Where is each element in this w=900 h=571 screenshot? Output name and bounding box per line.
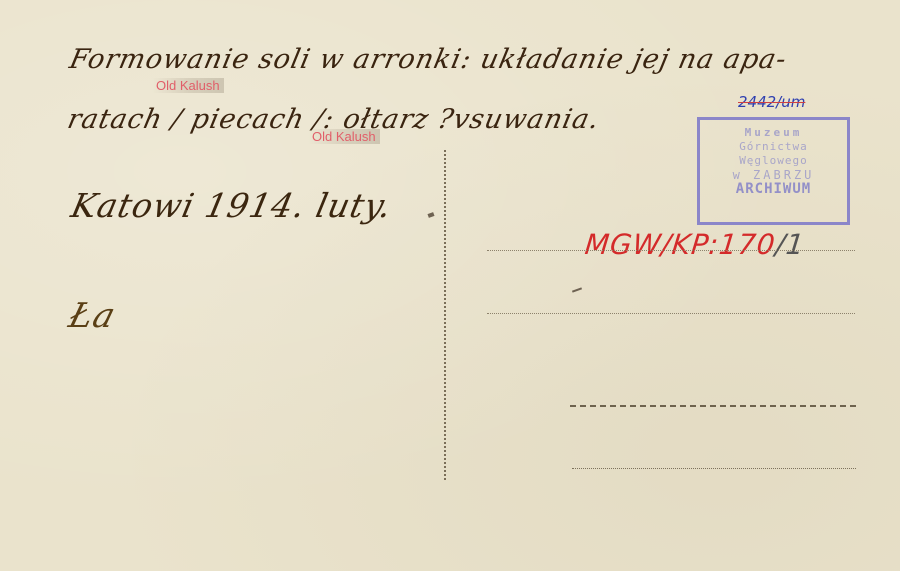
center-dotted-divider — [444, 150, 446, 480]
stamp-line: Górnictwa — [700, 140, 847, 154]
ink-speck — [572, 287, 582, 292]
stamp-line: w ZABRZU — [700, 168, 847, 182]
inventory-number-suffix: /1 — [774, 228, 807, 261]
watermark-old-kalush: Old Kalush — [152, 78, 224, 93]
handwritten-caption-line-1: Formowanie soli w arronki: układanie jej… — [67, 44, 790, 75]
address-line — [487, 250, 855, 251]
stamp-line: Muzeum — [700, 126, 847, 140]
address-line — [570, 405, 856, 407]
address-line — [572, 468, 856, 469]
stamp-line: Węglowego — [700, 154, 847, 168]
museum-archive-stamp: Muzeum Górnictwa Węglowego w ZABRZU ARCH… — [697, 117, 850, 225]
handwritten-date-line: Katowi 1914. luty. — [68, 186, 396, 225]
handwritten-signature: Ła — [65, 296, 121, 336]
postcard-reverse: Formowanie soli w arronki: układanie jej… — [0, 0, 900, 571]
address-line — [487, 313, 855, 314]
accession-number-crossed: 2442/um — [738, 93, 805, 111]
inventory-number-prefix: MGW/KP:170 — [583, 228, 777, 261]
stamp-line: ARCHIWUM — [700, 182, 847, 196]
inventory-number: MGW/KP:170/1 — [583, 228, 806, 261]
watermark-old-kalush: Old Kalush — [308, 129, 380, 144]
ink-speck — [427, 212, 434, 218]
